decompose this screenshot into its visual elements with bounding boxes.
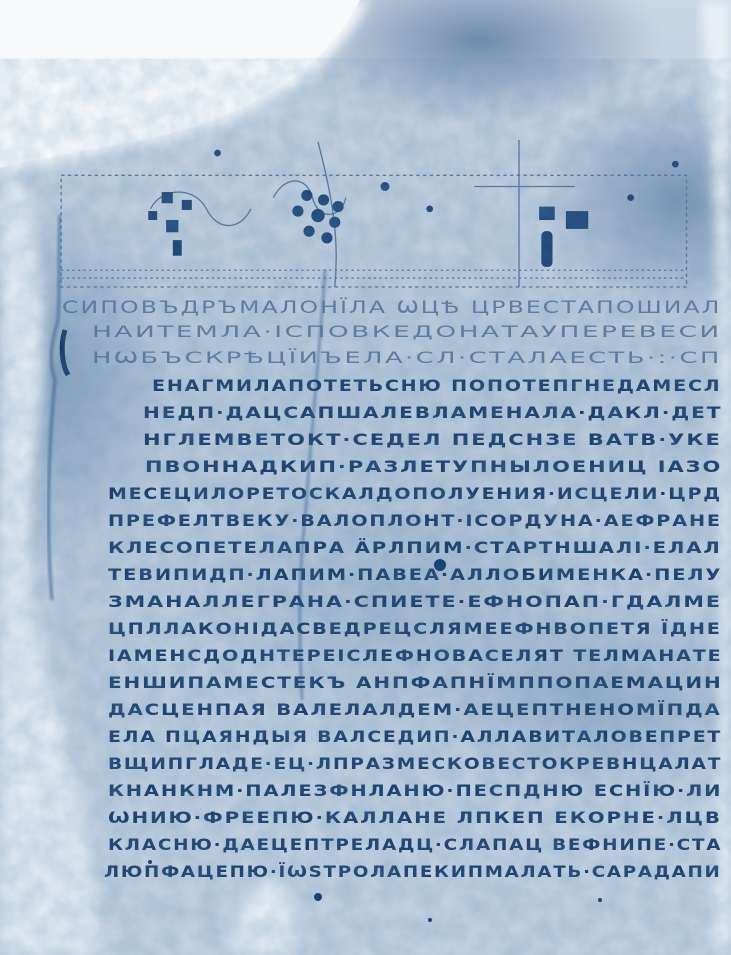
text-line: СИПОВЪДРЪМАЛОНЇЛА ѠЦѢ ЦРВЕСТАПОШИАЛ — [62, 298, 721, 318]
text-line: МЕСЕЦИЛОРЕТОСКАЛДОПОЛУЕНИЯ·ИСЦЕЛИ·ЦРД — [108, 484, 722, 503]
text-line: ТЕВИПИДП·ЛАПИМ·ПАВЕА·АЛЛОБИМЕНКА·ПЕЛУ — [108, 565, 722, 584]
text-line: НѠБЪСКРѢЦЇИЪЕЛА·СЛ·СТАЛАЕСТЬ·:·СП — [92, 348, 722, 367]
text-line: ЕЛА ПЦАЯНДЫЯ ВАЛСЕДИП·АЛЛАВИТАЛОВЕПРЕТ — [108, 727, 722, 746]
text-line: ЕНШИПАМЕСТЕКЪ АНПФАПНЇМППОПАЕМАЦИН — [108, 673, 723, 692]
text-line: ЛЮПФАЦЕПЮ·ЇѠЅТРОЛАПЕКИПМАЛАТЬ·САРАДАПИ — [104, 862, 722, 881]
text-line: НГЛЕМВЕТОКТ·СЕДЕЛ ПЕДСНЗЕ ВАТВ·УКЕ — [143, 430, 722, 449]
text-line: КЛАСНЮ·ДАЕЦЕПТРЕЛАДЦ·СЛАПАЦ ВЕФНИПЕ·СТА — [108, 835, 722, 854]
text-line: ПРЕФЕЛТВЕКУ·ВАЛОПЛОНТ·ІСОРДУНА·АЕФРАНЕ — [108, 511, 722, 530]
text-line: ВЩИПГЛАДЕ·ЕЦ·ЛПРАЗМЕСКОВЕСТОКРЕВНЦАЛАТ — [108, 754, 722, 773]
text-line: ДАСЦЕНПАЯ ВАЛЕЛАЛДЕМ·АЕЦЕПТНЕНОМЇПДА — [108, 700, 722, 719]
text-line: НАИТЕМЛА·ІСПОВКЕДОНАТАУПЕРЕВЕСИ — [92, 322, 722, 341]
text-line: ЦПЛЛАКОНІДАСВЕДРЕЦСЛЯМЕЕФНВОПЕТЯ ЇДНЕ — [108, 619, 722, 638]
ornamental-headpiece — [50, 140, 720, 300]
text-line: ПВОННАДКИП·РАЗЛЕТУПНЫЛОЕНИЦ ІАЗО — [145, 457, 722, 476]
manuscript-photo: СИПОВЪДРЪМАЛОНЇЛА ѠЦѢ ЦРВЕСТАПОШИАЛ НАИТ… — [0, 0, 731, 955]
text-line: ЕНАГМИЛАПОТЕТЬСНЮ ПОПОТЕПГНЕДАМЕСЛ — [152, 376, 721, 395]
text-line: КНАНКНМ·ПАЛЕЗФНЛАНЮ·ПЕСПДНЮ ЕСНЇЮ·ЛИ — [108, 781, 722, 800]
text-line: ѠНИЮ·ФРЕЕПЮ·КАЛЛАНЕ ЛПКЕП ЕКОРНЕ·ЛЦВ — [108, 808, 722, 827]
text-line: КЛЕСОПЕТЕЛАПРА ÄРЛПИМ·СТАРТНШАЛІ·ЕЛАЛ — [108, 538, 722, 557]
text-line: ІАМЕНСДОДНТЕРЕІСЛЕФНОВАСЕЛЯТ ТЕЛМАНАТЕ — [108, 646, 723, 665]
text-line: НЕДП·ДАЦСАПШАЛЕВЛАМЕНАЛА·ДАКЛ·ДЕТ — [143, 403, 722, 422]
text-line: ЗМАНАЛЛЕГРАНА·СПИЕТЕ·ЕФНОПАП·ГДАЛМЕ — [108, 592, 722, 611]
